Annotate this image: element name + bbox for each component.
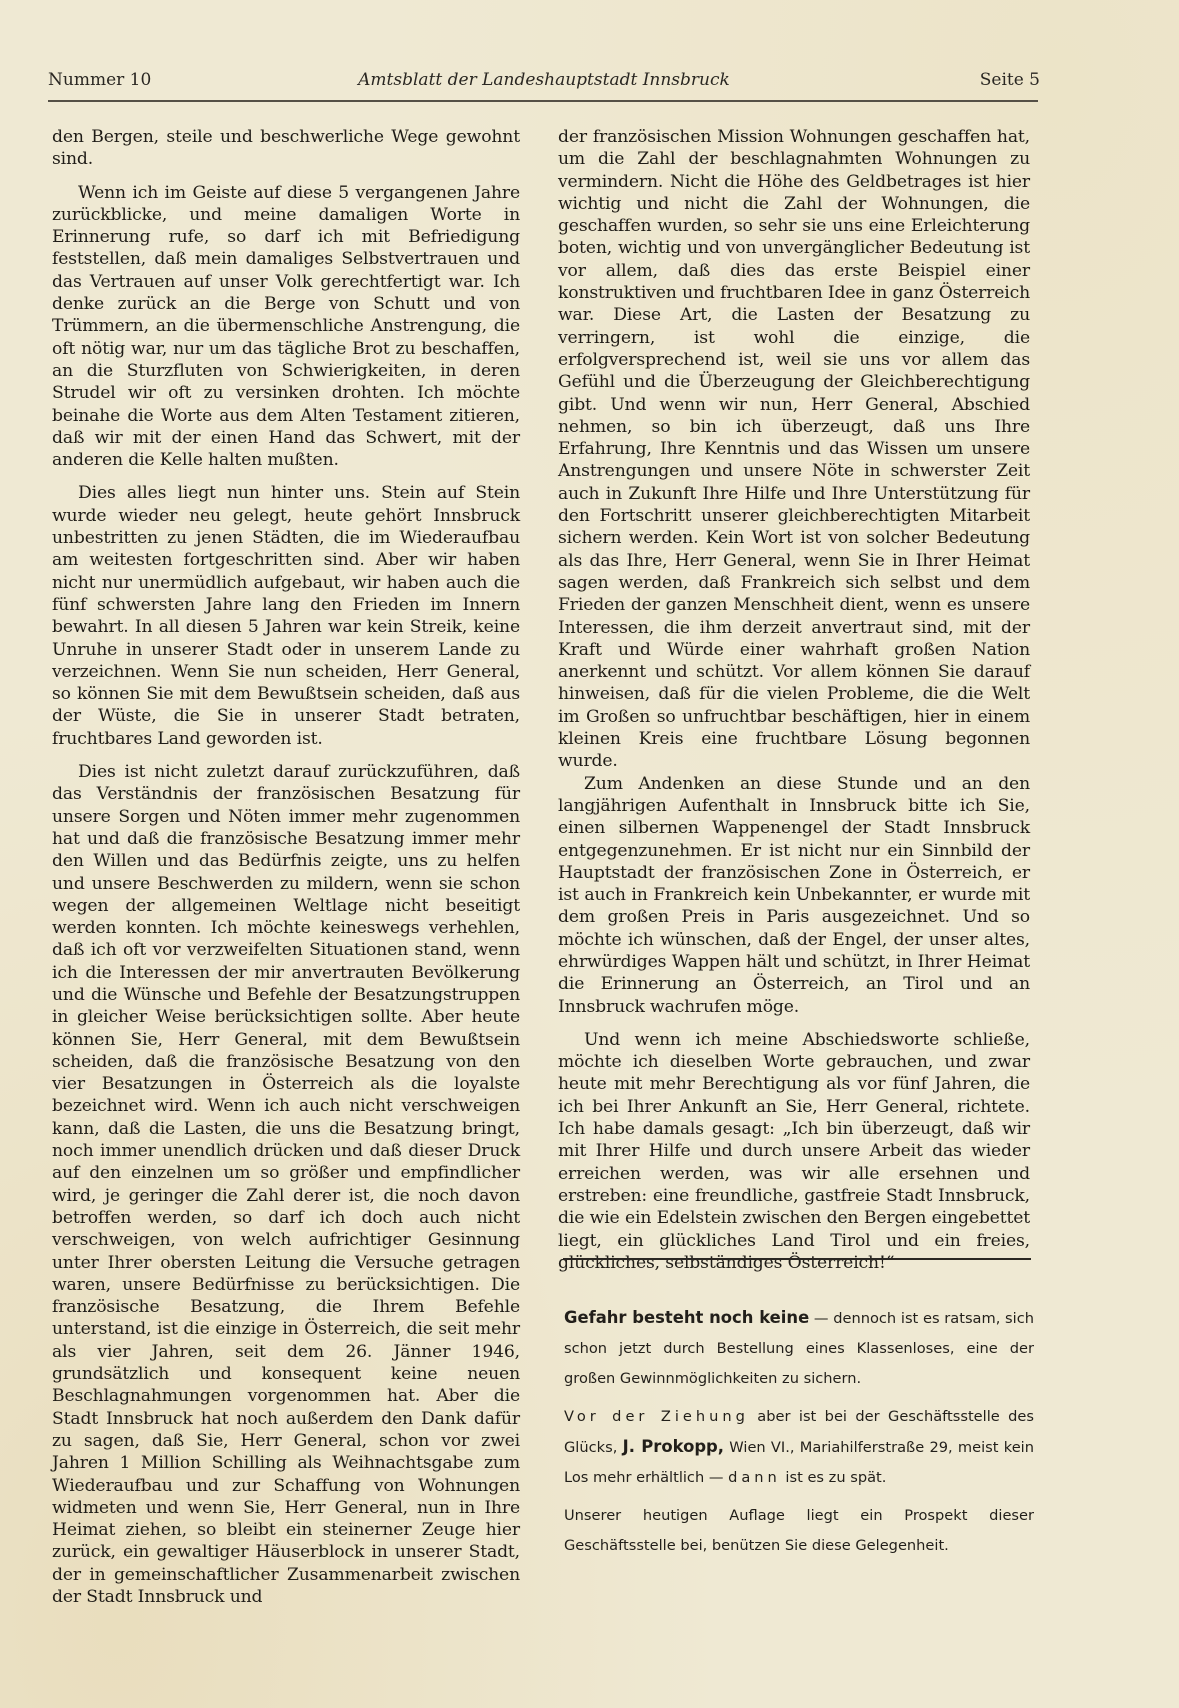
ad-business-name: J. Prokopp, <box>623 1437 724 1456</box>
paragraph: Und wenn ich meine Abschiedsworte schlie… <box>558 1029 1030 1274</box>
ad-text: ist es zu spät. <box>781 1469 887 1486</box>
lottery-advertisement: Gefahr besteht noch keine — dennoch ist … <box>564 1303 1034 1561</box>
paragraph: den Bergen, steile und beschwerliche Weg… <box>52 126 520 171</box>
header-divider <box>48 100 1038 102</box>
paragraph: Wenn ich im Geiste auf diese 5 vergangen… <box>52 182 520 472</box>
ad-paragraph-2: Vor der Ziehung aber ist bei der Geschäf… <box>564 1402 1034 1493</box>
ad-paragraph-3: Unserer heutigen Auflage liegt ein Prosp… <box>564 1501 1034 1561</box>
paragraph: Zum Andenken an diese Stunde und an den … <box>558 773 1030 1018</box>
left-column: den Bergen, steile und beschwerliche Weg… <box>52 126 520 1608</box>
ad-paragraph-1: Gefahr besteht noch keine — dennoch ist … <box>564 1303 1034 1394</box>
ad-headline: Gefahr besteht noch keine <box>564 1308 809 1327</box>
right-column: der französischen Mission Wohnungen gesc… <box>558 126 1030 1274</box>
paragraph: der französischen Mission Wohnungen gesc… <box>558 126 1030 773</box>
newspaper-page: Nummer 10 Amtsblatt der Landeshauptstadt… <box>0 0 1179 1708</box>
paragraph: Dies alles liegt nun hinter uns. Stein a… <box>52 482 520 750</box>
page-header: Nummer 10 Amtsblatt der Landeshauptstadt… <box>48 70 1040 96</box>
advertisement-divider <box>563 1258 1031 1260</box>
paragraph: Dies ist nicht zuletzt darauf zurückzufü… <box>52 761 520 1608</box>
page-number: Seite 5 <box>980 70 1040 90</box>
ad-spaced-text: dann <box>728 1469 781 1486</box>
publication-title: Amtsblatt der Landeshauptstadt Innsbruck <box>48 70 1040 90</box>
ad-spaced-text: Vor der Ziehung <box>564 1408 749 1425</box>
